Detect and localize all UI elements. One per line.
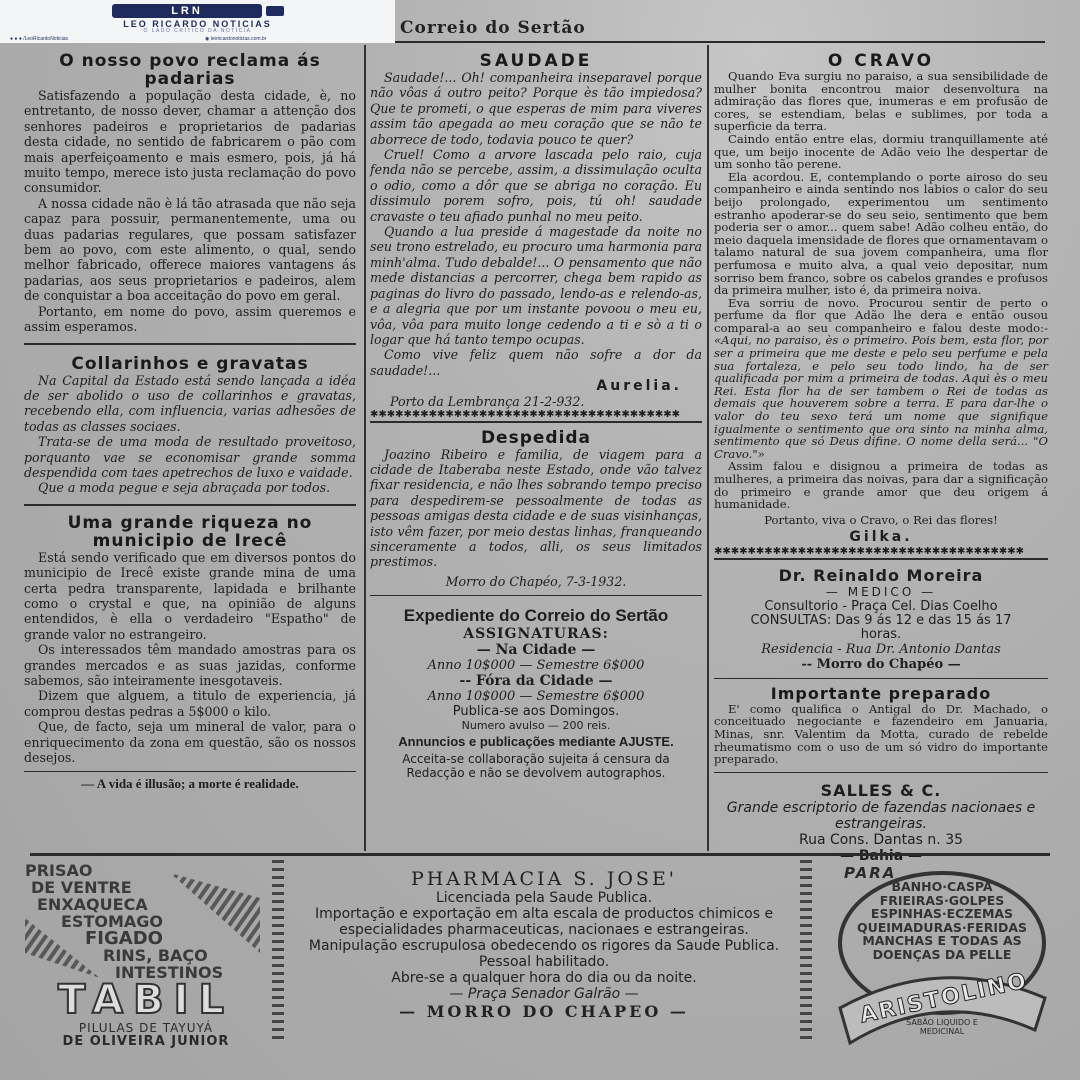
rule xyxy=(24,343,356,345)
pharmacia-text: Licenciada pela Saude Publica. Importaçã… xyxy=(308,890,780,986)
paragraph: Os interessados têm mandado amostras par… xyxy=(24,642,356,688)
city-prices: Anno 10$000 — Semestre 6$000 xyxy=(370,658,702,673)
paragraph: Portanto, em nome do povo, assim queremo… xyxy=(24,304,356,335)
lrn-logo: LRN xyxy=(112,4,262,18)
rule xyxy=(714,558,1048,560)
headline-cravo: O CRAVO xyxy=(714,52,1048,70)
paragraph: E' como qualifica o Antigal do Dr. Macha… xyxy=(714,703,1048,766)
doctor-hours: CONSULTAS: Das 9 ás 12 e das 15 ás 17 ho… xyxy=(744,614,1018,642)
place-date: Porto da Lembrança 21-2-932. xyxy=(370,394,702,409)
doctor-role: — MEDICO — xyxy=(714,585,1048,599)
tabil-sub2: DE OLIVEIRA JUNIOR xyxy=(26,1034,266,1049)
paragraph: Está sendo verificado que em diversos po… xyxy=(24,550,356,642)
salles-address: Rua Cons. Dantas n. 35 xyxy=(714,832,1048,848)
published-info: Publica-se aos Domingos. xyxy=(370,704,702,719)
paragraph: Ela acordou. E, contemplando o porte air… xyxy=(714,171,1048,297)
paragraph: Trata-se de uma moda de resultado provei… xyxy=(24,434,356,480)
tabil-ailments: PRISAO DE VENTRE ENXAQUECA ESTOMAGO FIGA… xyxy=(25,862,223,981)
column-3: O CRAVO Quando Eva surgiu no paraiso, a … xyxy=(714,52,1048,864)
website: ◉ leoricardonoticias.com.br xyxy=(205,36,266,42)
signature-gilka: Gilka. xyxy=(714,529,1048,545)
headline-collarinhos: Collarinhos e gravatas xyxy=(24,355,356,373)
headline-padarias: O nosso povo reclama ás padarias xyxy=(24,52,356,88)
headline-despedida: Despedida xyxy=(370,429,702,447)
single-issue-price: Numero avulso — 200 reis. xyxy=(370,719,702,732)
pharmacia-city: — MORRO DO CHAPEO — xyxy=(292,1002,796,1021)
column-1: O nosso povo reclama ás padarias Satisfa… xyxy=(24,52,356,792)
outside-label: -- Fóra da Cidade — xyxy=(370,673,702,689)
salles-desc: Grande escriptorio de fazendas nacionaes… xyxy=(724,800,1038,832)
decorative-border xyxy=(800,860,812,1040)
rule xyxy=(714,678,1048,679)
paragraph: Saudade!... Oh! companheira inseparavel … xyxy=(370,70,702,147)
paragraph: Satisfazendo a população desta cidade, è… xyxy=(24,88,356,196)
headline-irece: Uma grande riqueza no municipio de Irecê xyxy=(24,514,356,550)
aristolino-sub: SABÃO LIQUIDO E MEDICINAL xyxy=(902,1018,982,1036)
watermark-banner: LRN LEO RICARDO NOTICIAS O LADO CRÍTICO … xyxy=(0,0,395,43)
rule xyxy=(24,504,356,506)
rule xyxy=(24,771,356,772)
star-divider: ✱✱✱✱✱✱✱✱✱✱✱✱✱✱✱✱✱✱✱✱✱✱✱✱✱✱✱✱✱✱✱✱✱✱✱✱✱ xyxy=(714,547,1048,557)
expediente-box: Expediente do Correio do Sertão ASSIGNAT… xyxy=(370,606,702,780)
paragraph: Quando Eva surgiu no paraiso, a sua sens… xyxy=(714,70,1048,133)
signature-aurelia: Aurelia. xyxy=(370,378,682,394)
ads-top-rule xyxy=(30,853,1050,856)
doctor-office: Consultorio - Praça Cel. Dias Coelho xyxy=(714,599,1048,614)
headline-saudade: SAUDADE xyxy=(370,52,702,70)
ad-aristolino: PARA BANHO·CASPA FRIEIRAS·GOLPES ESPINHA… xyxy=(830,858,1050,1058)
paragraph: Que, de facto, seja um mineral de valor,… xyxy=(24,719,356,765)
paragraph: A nossa cidade não è lá tão atrasada que… xyxy=(24,196,356,304)
paragraph: Cruel! Como a arvore lascada pelo raio, … xyxy=(370,147,702,224)
paragraph: Eva sorriu de novo. Procurou sentir de p… xyxy=(714,297,1048,461)
place-date: Morro do Chapéo, 7-3-1932. xyxy=(370,574,702,589)
ad-tabil: PRISAO DE VENTRE ENXAQUECA ESTOMAGO FIGA… xyxy=(20,858,268,1058)
column-divider xyxy=(364,45,366,851)
ad-pharmacia: PHARMACIA S. JOSE' Licenciada pela Saude… xyxy=(292,858,796,1058)
city-label: — Na Cidade — xyxy=(370,642,702,658)
paragraph: Caindo então entre elas, dormiu tranquil… xyxy=(714,133,1048,171)
ads-info: Annuncios e publicações mediante AJUSTE. xyxy=(370,734,702,749)
doctor-name: Dr. Reinaldo Moreira xyxy=(714,566,1048,585)
salles-name: SALLES & C. xyxy=(714,781,1048,800)
column-2: SAUDADE Saudade!... Oh! companheira inse… xyxy=(370,52,702,780)
paragraph: Dizem que alguem, a titulo de experienci… xyxy=(24,688,356,719)
masthead: Correio do Sertão xyxy=(400,18,586,38)
column-divider xyxy=(707,45,709,851)
collab-info: Acceita-se collaboração sujeita á censur… xyxy=(390,752,682,780)
tabil-brand: TABIL xyxy=(26,980,266,1020)
watermark-subtitle: O LADO CRÍTICO DA NOTÍCIA xyxy=(0,28,395,34)
headline-preparado: Importante preparado xyxy=(714,685,1048,703)
outside-prices: Anno 10$000 — Semestre 6$000 xyxy=(370,689,702,704)
doctor-residence: Residencia - Rua Dr. Antonio Dantas xyxy=(714,642,1048,657)
rule xyxy=(370,421,702,423)
paragraph: Assim falou e disignou a primeira de tod… xyxy=(714,460,1048,510)
expediente-title: Expediente do Correio do Sertão xyxy=(370,606,702,626)
decorative-border xyxy=(272,860,284,1040)
paragraph: Joazino Ribeiro e familia, de viagem par… xyxy=(370,447,702,570)
newspaper-page: LRN LEO RICARDO NOTICIAS O LADO CRÍTICO … xyxy=(0,0,1080,1080)
rule xyxy=(714,772,1048,773)
salles-ad: SALLES & C. Grande escriptorio de fazend… xyxy=(714,781,1048,864)
top-rule xyxy=(395,41,1045,43)
paragraph: Na Capital da Estado está sendo lançada … xyxy=(24,373,356,435)
social-icons: ● ● ● xyxy=(10,36,23,42)
paragraph: Quando a lua preside á magestade da noit… xyxy=(370,224,702,347)
pharmacia-address: — Praça Senador Galrão — xyxy=(292,986,796,1002)
pharmacia-name: PHARMACIA S. JOSE' xyxy=(292,868,796,890)
assignaturas-label: ASSIGNATURAS: xyxy=(370,626,702,642)
doctor-ad: Dr. Reinaldo Moreira — MEDICO — Consulto… xyxy=(714,566,1048,672)
paragraph: Que a moda pegue e seja abraçada por tod… xyxy=(24,480,356,495)
paragraph: Como vive feliz quem não sofre a dor da … xyxy=(370,347,702,378)
star-divider: ✱✱✱✱✱✱✱✱✱✱✱✱✱✱✱✱✱✱✱✱✱✱✱✱✱✱✱✱✱✱✱✱✱✱✱✱✱ xyxy=(370,410,702,420)
paragraph: Portanto, viva o Cravo, o Rei das flores… xyxy=(714,513,1048,527)
social-handle: ● ● ● /LeoRicardoNoticias xyxy=(10,36,68,42)
doctor-city: -- Morro do Chapéo — xyxy=(714,657,1048,672)
aristolino-ailments: BANHO·CASPA FRIEIRAS·GOLPES ESPINHAS·ECZ… xyxy=(844,880,1040,962)
motto: — A vida é illusão; a morte é realidade. xyxy=(24,776,356,791)
rule xyxy=(370,595,702,596)
tabil-sub1: PILULAS DE TAYUYÁ xyxy=(26,1021,266,1035)
